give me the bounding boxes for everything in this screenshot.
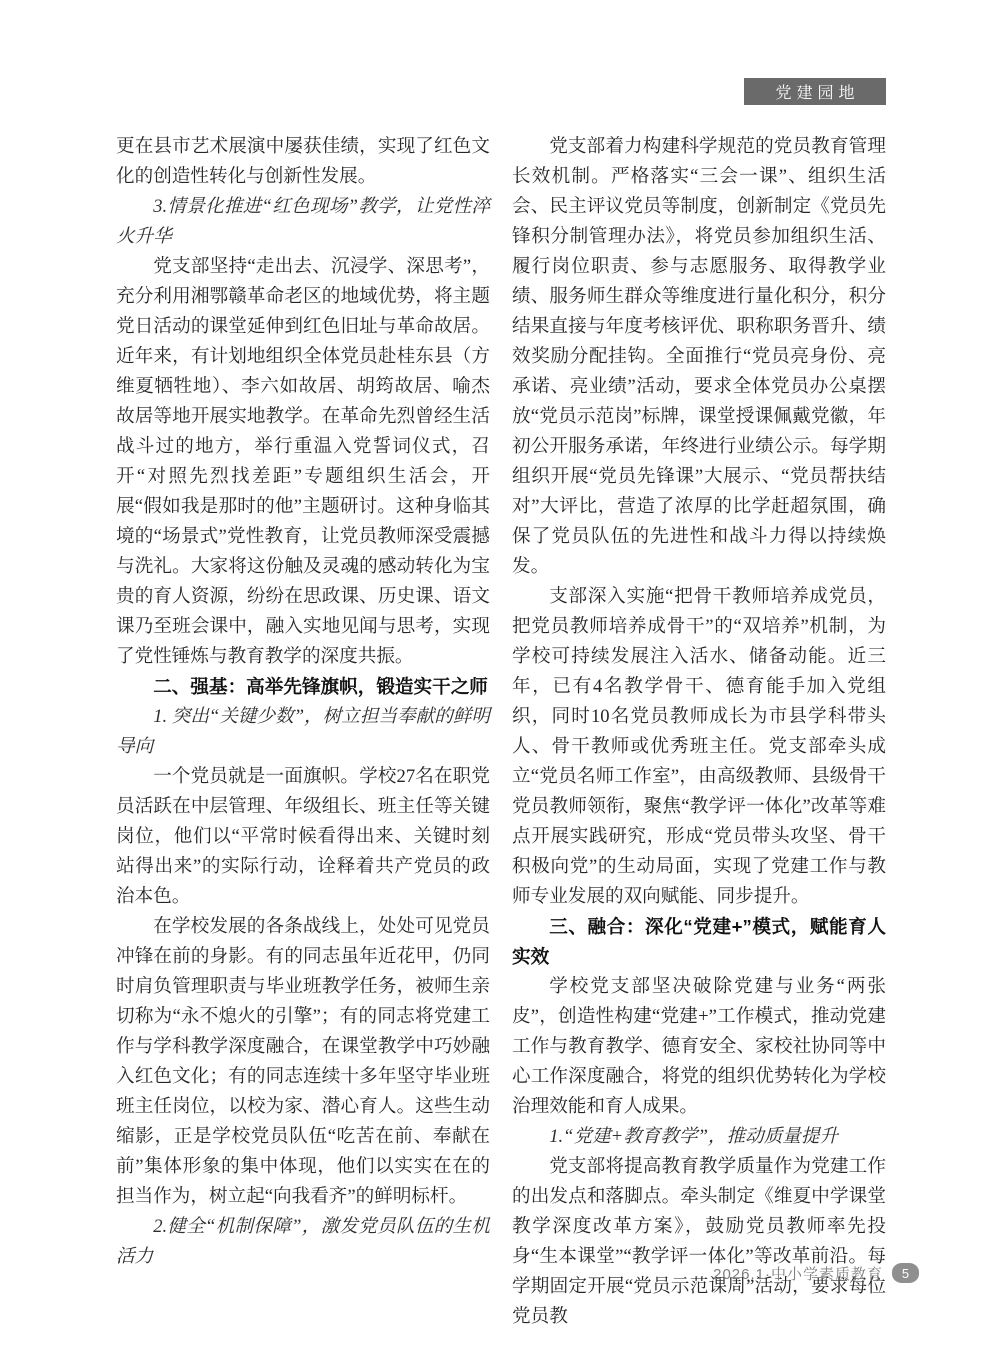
- paragraph: 更在县市艺术展演中屡获佳绩，实现了红色文化的创造性转化与创新性发展。: [116, 132, 490, 192]
- section-heading: 三、融合：深化“党建+”模式，赋能育人实效: [512, 912, 886, 972]
- paragraph: 党支部着力构建科学规范的党员教育管理长效机制。严格落实“三会一课”、组织生活会、…: [512, 132, 886, 582]
- paragraph: 党支部将提高教育教学质量作为党建工作的出发点和落脚点。牵头制定《维夏中学课堂教学…: [512, 1152, 886, 1332]
- page-footer: 2026.1·中小学素质教育 5: [713, 1262, 919, 1284]
- right-text-column: 党支部着力构建科学规范的党员教育管理长效机制。严格落实“三会一课”、组织生活会、…: [512, 132, 886, 1332]
- left-text-column: 更在县市艺术展演中屡获佳绩，实现了红色文化的创造性转化与创新性发展。3.情景化推…: [116, 132, 490, 1272]
- sub-heading: 3.情景化推进“红色现场”教学，让党性淬火升华: [116, 192, 490, 252]
- sub-heading: 1.“党建+教育教学”，推动质量提升: [512, 1122, 886, 1152]
- page-number-badge: 5: [892, 1263, 919, 1283]
- paragraph: 在学校发展的各条战线上，处处可见党员冲锋在前的身影。有的同志虽年近花甲，仍同时肩…: [116, 912, 490, 1212]
- journal-page: 党建园地 更在县市艺术展演中屡获佳绩，实现了红色文化的创造性转化与创新性发展。3…: [0, 0, 992, 1346]
- paragraph: 学校党支部坚决破除党建与业务“两张皮”，创造性构建“党建+”工作模式，推动党建工…: [512, 972, 886, 1122]
- journal-issue-label: 2026.1·中小学素质教育: [713, 1263, 883, 1284]
- column-section-tag: 党建园地: [744, 78, 886, 105]
- paragraph: 党支部坚持“走出去、沉浸学、深思考”，充分利用湘鄂赣革命老区的地域优势，将主题党…: [116, 252, 490, 672]
- section-heading: 二、强基：高举先锋旗帜，锻造实干之师: [116, 672, 490, 702]
- paragraph: 一个党员就是一面旗帜。学校27名在职党员活跃在中层管理、年级组长、班主任等关键岗…: [116, 762, 490, 912]
- paragraph: 支部深入实施“把骨干教师培养成党员，把党员教师培养成骨干”的“双培养”机制，为学…: [512, 582, 886, 912]
- sub-heading: 1. 突出“关键少数”，树立担当奉献的鲜明导向: [116, 702, 490, 762]
- sub-heading: 2.健全“机制保障”，激发党员队伍的生机活力: [116, 1212, 490, 1272]
